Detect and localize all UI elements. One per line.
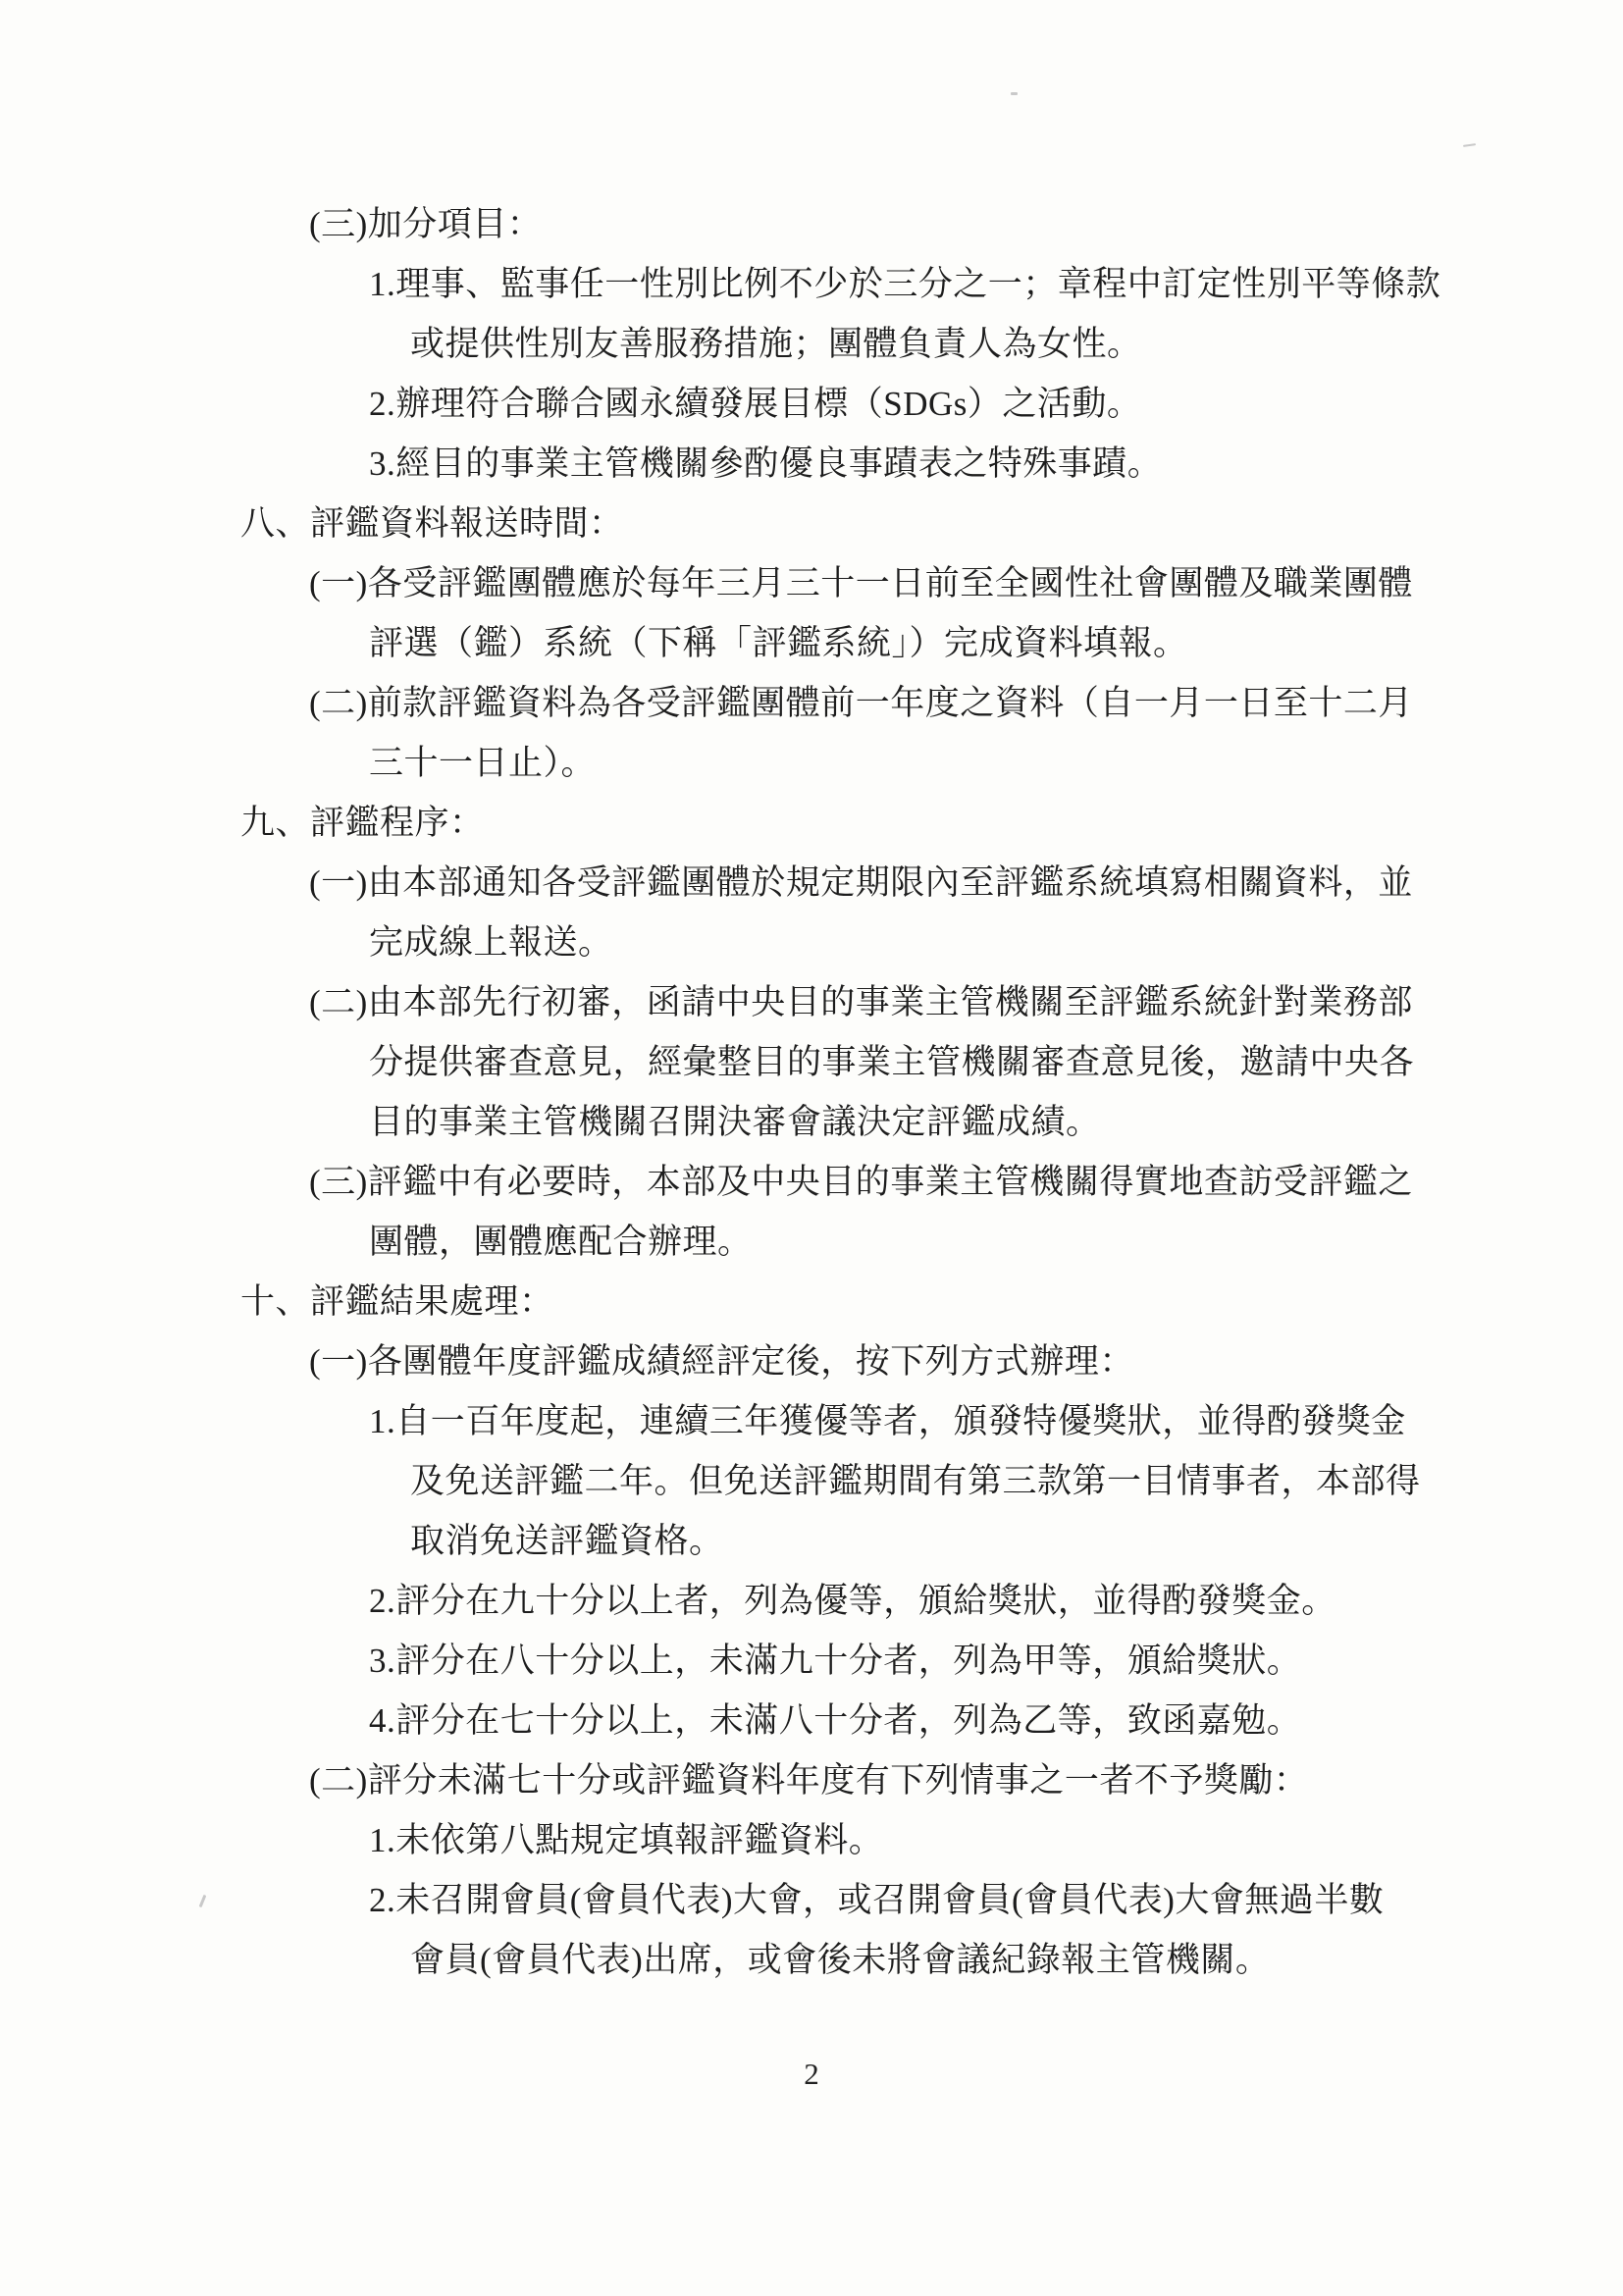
doc-line: 取消免送評鑑資格。: [410, 1511, 1623, 1571]
doc-line: 3.評分在八十分以上，未滿九十分者，列為甲等，頒給獎狀。: [369, 1631, 1623, 1691]
doc-line: 三十一日止）。: [369, 733, 1623, 793]
doc-line: (一)各受評鑑團體應於每年三月三十一日前至全國性社會團體及職業團體: [309, 553, 1623, 613]
doc-line: (一)各團體年度評鑑成績經評定後，按下列方式辦理：: [309, 1331, 1623, 1391]
doc-line: 目的事業主管機關召開決審會議決定評鑑成績。: [369, 1092, 1623, 1152]
doc-line: 4.評分在七十分以上，未滿八十分者，列為乙等，致函嘉勉。: [369, 1691, 1623, 1750]
doc-line: 2.辦理符合聯合國永續發展目標（SDGs）之活動。: [369, 374, 1623, 434]
page-number: 2: [0, 2055, 1623, 2094]
doc-line: 或提供性別友善服務措施；團體負責人為女性。: [410, 314, 1623, 374]
doc-line: 完成線上報送。: [369, 913, 1623, 972]
doc-section-header: 九、評鑑程序：: [240, 793, 1623, 853]
doc-line: 3.經目的事業主管機關參酌優良事蹟表之特殊事蹟。: [369, 434, 1623, 494]
doc-section-header: 十、評鑑結果處理：: [240, 1272, 1623, 1331]
doc-line: 1.未依第八點規定填報評鑑資料。: [369, 1810, 1623, 1870]
doc-line: (一)由本部通知各受評鑑團體於規定期限內至評鑑系統填寫相關資料，並: [309, 853, 1623, 913]
doc-line: 團體，團體應配合辦理。: [369, 1212, 1623, 1272]
doc-line: 評選（鑑）系統（下稱「評鑑系統」）完成資料填報。: [369, 613, 1623, 673]
doc-line: 1.理事、監事任一性別比例不少於三分之一；章程中訂定性別平等條款: [369, 254, 1623, 314]
doc-section-header: 八、評鑑資料報送時間：: [240, 494, 1623, 553]
document-body: (三)加分項目： 1.理事、監事任一性別比例不少於三分之一；章程中訂定性別平等條…: [0, 0, 1623, 1990]
document-page: (三)加分項目： 1.理事、監事任一性別比例不少於三分之一；章程中訂定性別平等條…: [0, 0, 1623, 2296]
scan-artifact: [1011, 92, 1018, 95]
doc-line: 分提供審查意見，經彙整目的事業主管機關審查意見後，邀請中央各: [369, 1032, 1623, 1092]
doc-line: 2.評分在九十分以上者，列為優等，頒給獎狀，並得酌發獎金。: [369, 1571, 1623, 1631]
doc-line: (二)前款評鑑資料為各受評鑑團體前一年度之資料（自一月一日至十二月: [309, 673, 1623, 733]
doc-line: (三)加分項目：: [309, 194, 1623, 254]
doc-line: (二)由本部先行初審，函請中央目的事業主管機關至評鑑系統針對業務部: [309, 972, 1623, 1032]
doc-line: (二)評分未滿七十分或評鑑資料年度有下列情事之一者不予獎勵：: [309, 1750, 1623, 1810]
doc-line: 及免送評鑑二年。但免送評鑑期間有第三款第一目情事者，本部得: [410, 1451, 1623, 1511]
doc-line: 2.未召開會員(會員代表)大會，或召開會員(會員代表)大會無過半數: [369, 1870, 1623, 1930]
doc-line: 1.自一百年度起，連續三年獲優等者，頒發特優獎狀，並得酌發獎金: [369, 1391, 1623, 1451]
doc-line: (三)評鑑中有必要時，本部及中央目的事業主管機關得實地查訪受評鑑之: [309, 1152, 1623, 1212]
doc-line: 會員(會員代表)出席，或會後未將會議紀錄報主管機關。: [410, 1930, 1623, 1990]
